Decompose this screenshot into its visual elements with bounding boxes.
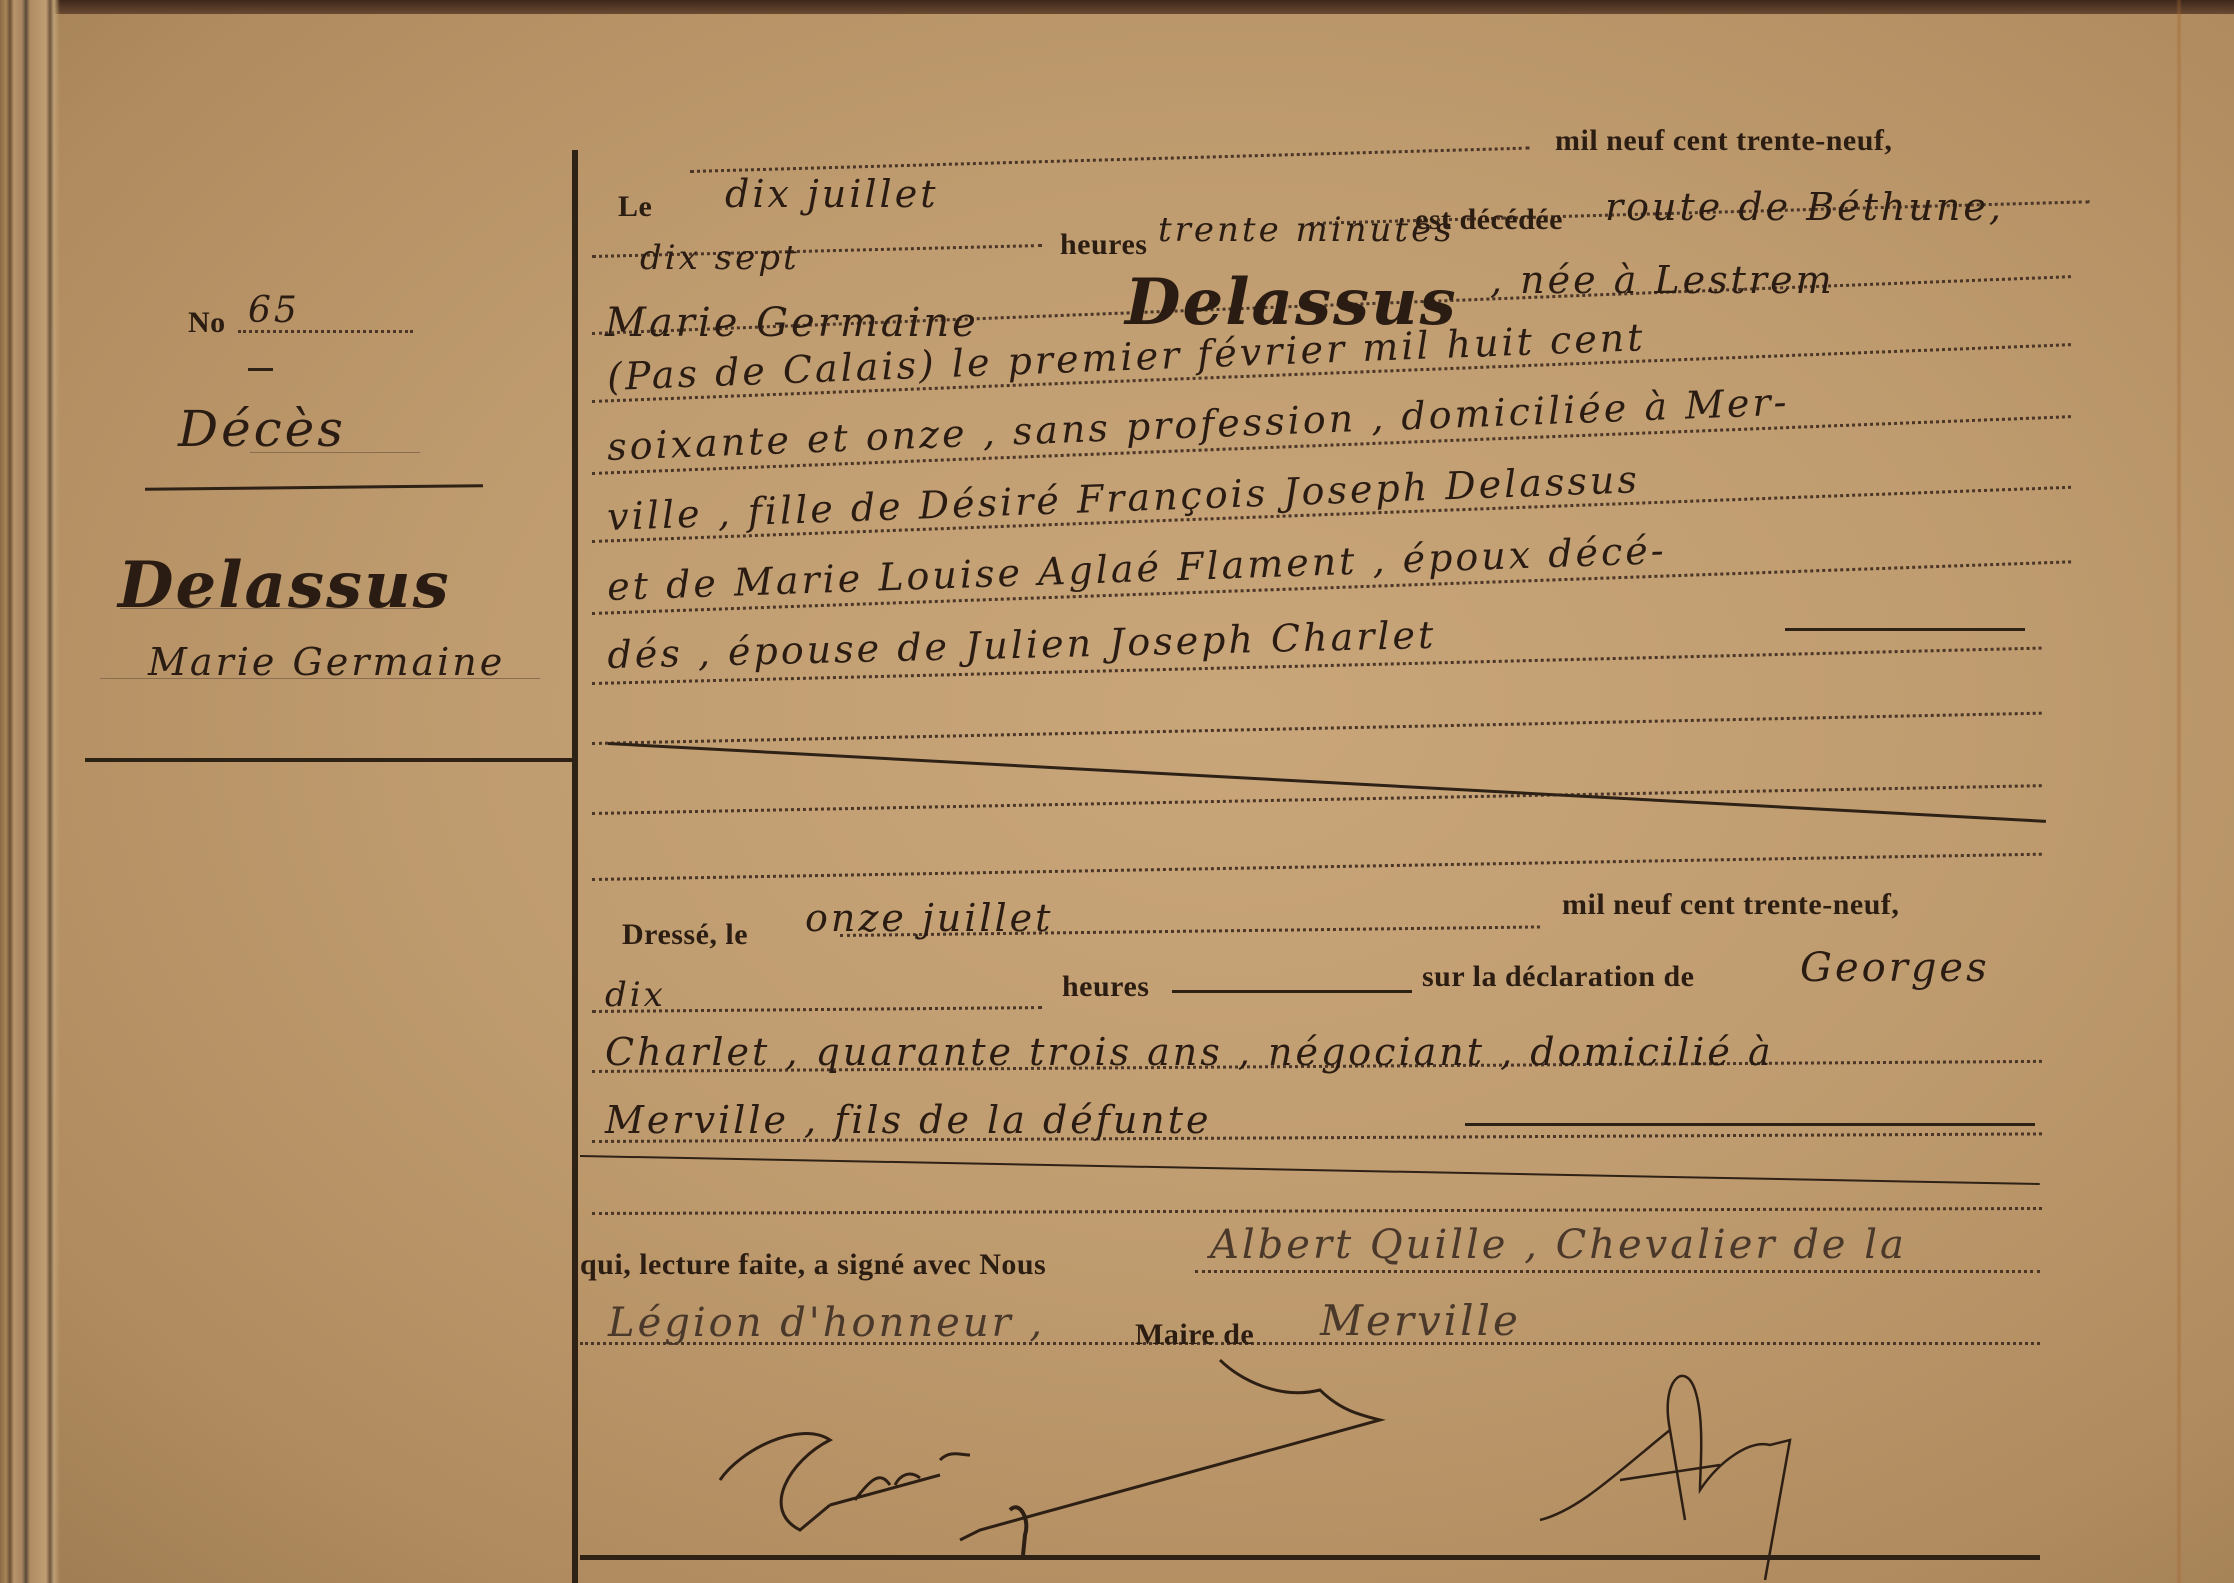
- deceased-given-names: Marie Germaine: [605, 300, 979, 346]
- death-place: route de Béthune,: [1605, 185, 2004, 229]
- printed-year-2: mil neuf cent trente-neuf,: [1562, 888, 1899, 922]
- record-hour: dix: [605, 975, 666, 1015]
- record-type: Décès: [178, 400, 346, 458]
- mayor-name-title: Albert Quille , Chevalier de la: [1210, 1222, 1907, 1268]
- printed-heures: heures: [1060, 228, 1147, 262]
- birthplace: , née à Lestrem: [1490, 258, 1835, 302]
- heures-blank-stroke: [1172, 990, 1412, 993]
- ruled-line-11: [592, 853, 2042, 881]
- declarant-signature: [680, 1360, 1480, 1560]
- register-page: No 65 Décès Delassus Marie Germaine Le d…: [0, 0, 2234, 1583]
- body-end-stroke: [1785, 628, 2025, 631]
- number-label: No: [188, 306, 226, 340]
- book-binding: [0, 0, 60, 1583]
- printed-declaration: sur la déclaration de: [1422, 960, 1694, 994]
- printed-dresse: Dressé, le: [622, 918, 748, 952]
- record-type-underline: [250, 452, 420, 453]
- column-rule: [572, 150, 578, 1583]
- dresse-dots-5: [592, 1207, 2042, 1215]
- mayor-signature: [1520, 1370, 1970, 1580]
- margin-surname: Delassus: [118, 548, 451, 623]
- number-dash: [248, 368, 273, 371]
- margin-divider: [145, 484, 483, 491]
- dresse-line-3: Charlet , quarante trois ans , négociant…: [605, 1030, 1774, 1074]
- death-hour: dix sept: [640, 238, 800, 278]
- given-names-underline: [100, 678, 540, 679]
- ruled-line-1: [690, 147, 1530, 173]
- death-minutes: trente minutes: [1158, 210, 1455, 250]
- surname-underline: [120, 608, 420, 609]
- dresse-cancel-stroke: [580, 1155, 2040, 1185]
- death-date: dix juillet: [725, 172, 938, 216]
- body-line-7: et de Marie Louise Aglaé Flament , époux…: [606, 528, 1667, 609]
- page-bottom-rule: [580, 1555, 2040, 1560]
- printed-deceased: est décédée: [1415, 203, 1563, 237]
- declarant-first-name: Georges: [1800, 945, 1990, 991]
- legion-honneur: Légion d'honneur ,: [608, 1300, 1045, 1346]
- blank-cancel-stroke: [608, 742, 2046, 823]
- printed-maire-de: Maire de: [1135, 1318, 1254, 1352]
- printed-year-1: mil neuf cent trente-neuf,: [1555, 124, 1892, 158]
- mayor-town: Merville: [1320, 1296, 1521, 1345]
- printed-signed-with: qui, lecture faite, a signé avec Nous: [580, 1248, 1046, 1282]
- dresse-line-4: Merville , fils de la défunte: [605, 1098, 1212, 1142]
- book-top-edge: [0, 0, 2234, 14]
- record-number: 65: [248, 290, 300, 331]
- body-line-6: ville , fille de Désiré François Joseph …: [606, 457, 1640, 539]
- ruled-line-9: [592, 712, 2042, 745]
- dresse-end-stroke: [1465, 1123, 2035, 1126]
- sig-dots-1: [1195, 1270, 2040, 1273]
- record-date: onze juillet: [805, 896, 1053, 940]
- printed-heures-2: heures: [1062, 970, 1149, 1004]
- page-right-edge: [2176, 0, 2182, 1583]
- margin-bottom-divider: [85, 758, 575, 762]
- printed-le: Le: [618, 190, 652, 224]
